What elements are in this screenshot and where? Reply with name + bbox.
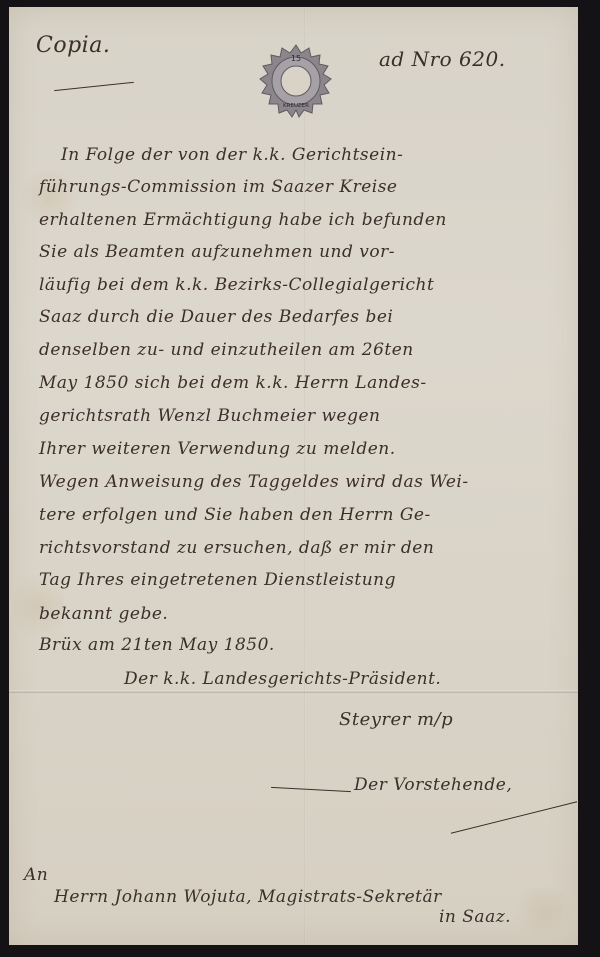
body-line: erhaltenen Ermächtigung habe ich befunde… bbox=[39, 210, 447, 230]
body-line: Wegen Anweisung des Taggeldes wird das W… bbox=[39, 472, 469, 492]
dateline: Brüx am 21ten May 1850. bbox=[39, 635, 275, 655]
signature: Steyrer m/p bbox=[339, 709, 453, 730]
body-line: In Folge der von der k.k. Gerichtsein- bbox=[61, 145, 403, 165]
body-line: gerichtsrath Wenzl Buchmeier wegen bbox=[39, 406, 381, 426]
body-line: Ihrer weiteren Verwendung zu melden. bbox=[39, 439, 396, 459]
issuing-office: Der k.k. Landesgerichts-Präsident. bbox=[124, 669, 441, 689]
body-line: Sie als Beamten aufzunehmen und vor- bbox=[39, 242, 395, 262]
reference-number: ad Nro 620. bbox=[379, 47, 506, 71]
copia-underline bbox=[54, 82, 134, 91]
body-line: May 1850 sich bei dem k.k. Herrn Landes- bbox=[39, 373, 427, 393]
body-line: führungs-Commission im Saazer Kreise bbox=[39, 177, 398, 197]
body-line: Saaz durch die Dauer des Bedarfes bei bbox=[39, 307, 393, 327]
body-line: tere erfolgen und Sie haben den Herrn Ge… bbox=[39, 505, 431, 525]
revenue-stamp-icon: 15 KREUZER bbox=[259, 44, 333, 118]
closing-line: Der Vorstehende, bbox=[354, 775, 512, 795]
closing-flourish bbox=[451, 801, 577, 833]
address-prefix: An bbox=[24, 865, 48, 885]
body-line: bekannt gebe. bbox=[39, 604, 168, 624]
svg-text:15: 15 bbox=[291, 54, 301, 63]
document-page: Copia. 15 KREUZER ad Nro 620. In Folge d… bbox=[9, 7, 578, 945]
body-line: Tag Ihres eingetretenen Dienstleistung bbox=[39, 570, 396, 590]
paper-stain bbox=[509, 887, 579, 937]
body-line: denselben zu- und einzutheilen am 26ten bbox=[39, 340, 414, 360]
body-line: richtsvorstand zu ersuchen, daß er mir d… bbox=[39, 538, 434, 558]
closing-flourish bbox=[271, 787, 351, 792]
copia-label: Copia. bbox=[36, 33, 110, 58]
body-line: läufig bei dem k.k. Bezirks-Collegialger… bbox=[39, 275, 434, 295]
fold-crease-horizontal bbox=[9, 690, 578, 693]
svg-text:KREUZER: KREUZER bbox=[283, 103, 309, 109]
address-recipient: Herrn Johann Wojuta, Magistrats-Sekretär bbox=[54, 887, 442, 907]
address-location: in Saaz. bbox=[439, 907, 511, 927]
